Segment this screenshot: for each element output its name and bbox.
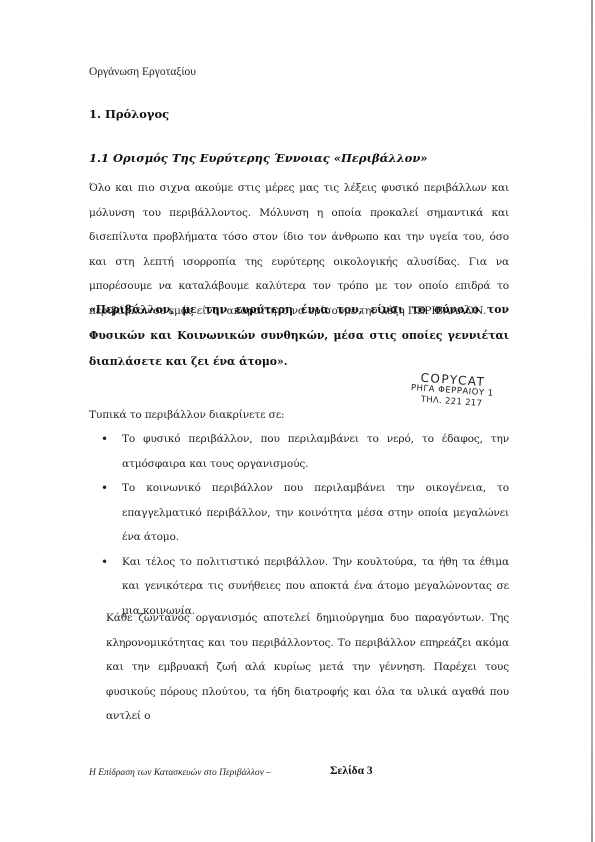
list-intro: Τυπικά το περιβάλλον διακρίνετε σε:	[89, 403, 509, 428]
running-header: Οργάνωση Εργοταξίου	[89, 66, 196, 78]
section-title: 1.1 Ορισμός Της Ευρύτερης Έννοιας «Περιβ…	[89, 151, 428, 165]
chapter-title: 1. Πρόλογος	[89, 107, 169, 121]
body-paragraph: Κάθε ζωντανός οργανισμός αποτελεί δημιού…	[106, 606, 509, 729]
bullet-icon: •	[101, 476, 108, 501]
footer-title: Η Επίδραση των Κατασκευών στο Περιβάλλον…	[89, 768, 271, 778]
list-item-text: Το κοινωνικό περιβάλλον που περιλαμβάνει…	[122, 482, 509, 543]
list-item: • Το κοινωνικό περιβάλλον που περιλαμβάν…	[89, 476, 509, 550]
list-item: • Το φυσικό περιβάλλον, που περιλαμβάνει…	[89, 427, 509, 476]
bullet-icon: •	[101, 550, 108, 575]
definition-quote: «Περιβάλλον, με την ευρύτερη ένια του, ε…	[89, 297, 509, 375]
document-page: Οργάνωση Εργοταξίου 1. Πρόλογος 1.1 Ορισ…	[0, 0, 595, 842]
page-number: Σελίδα 3	[330, 765, 373, 777]
list-item-text: Το φυσικό περιβάλλον, που περιλαμβάνει τ…	[122, 433, 509, 470]
environment-types-list: • Το φυσικό περιβάλλον, που περιλαμβάνει…	[89, 427, 509, 623]
bullet-icon: •	[101, 427, 108, 452]
scan-border-line	[591, 0, 593, 842]
